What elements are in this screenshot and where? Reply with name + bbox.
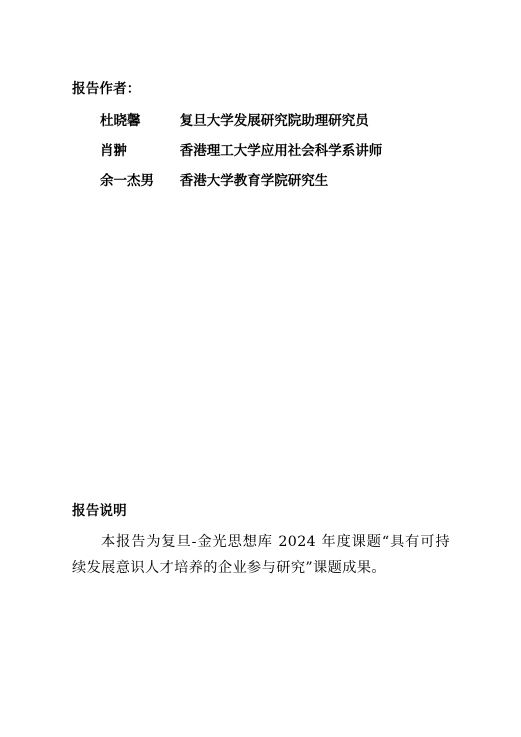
authors-heading: 报告作者： xyxy=(72,81,141,97)
author-row: 肖翀 香港理工大学应用社会科学系讲师 xyxy=(100,142,382,160)
author-row: 余一杰男 香港大学教育学院研究生 xyxy=(100,172,328,190)
report-notes-heading: 报告说明 xyxy=(72,503,127,519)
report-notes-paragraph: 本报告为复旦-金光思想库 2024 年度课题“具有可持续发展意识人才培养的企业参… xyxy=(72,529,450,581)
document-page: 报告作者： 杜晓馨 复旦大学发展研究院助理研究员 肖翀 香港理工大学应用社会科学… xyxy=(0,0,521,737)
author-name: 余一杰男 xyxy=(100,172,175,190)
author-affiliation: 香港理工大学应用社会科学系讲师 xyxy=(180,142,383,160)
author-name: 肖翀 xyxy=(100,142,175,160)
author-affiliation: 复旦大学发展研究院助理研究员 xyxy=(180,112,369,130)
author-name: 杜晓馨 xyxy=(100,112,175,130)
author-affiliation: 香港大学教育学院研究生 xyxy=(180,172,329,190)
author-row: 杜晓馨 复旦大学发展研究院助理研究员 xyxy=(100,112,369,130)
